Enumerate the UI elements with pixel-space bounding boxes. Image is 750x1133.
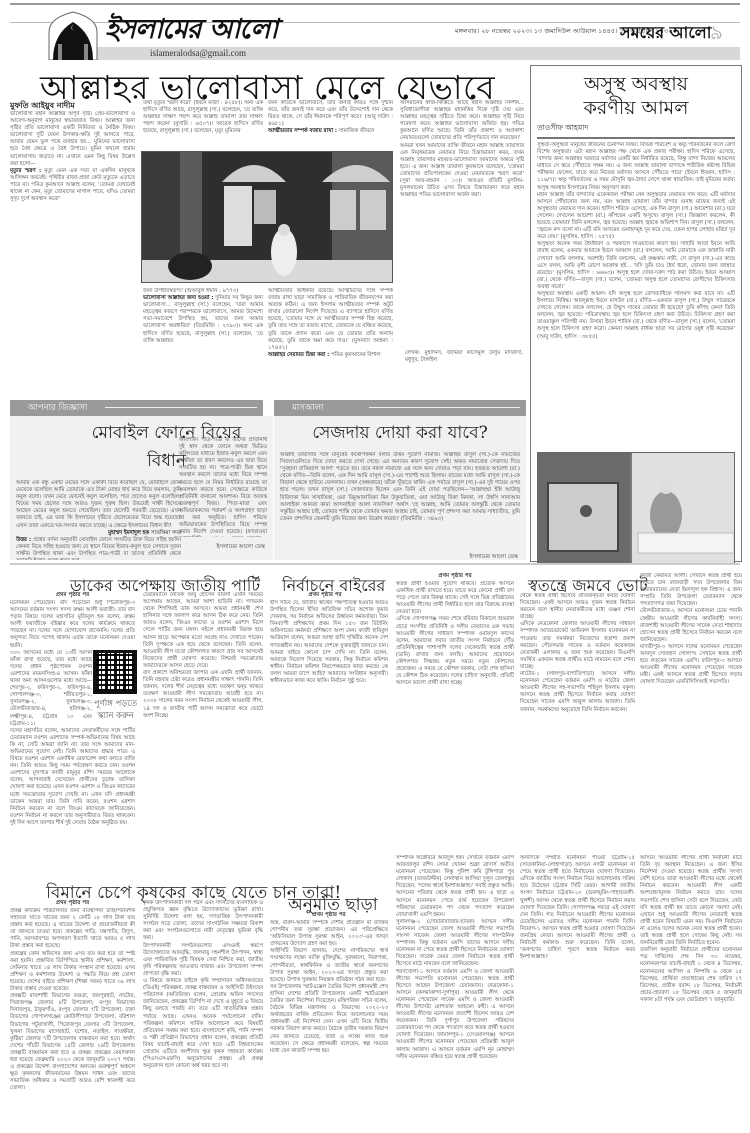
- plane-continued: প্রথম পৃষ্ঠার পর: [10, 900, 135, 908]
- masala-headline: সেজদায় দোয়া করা যাবে?: [274, 420, 526, 448]
- newspaper-brand: সময়ের আলো: [620, 20, 711, 47]
- page-number: ৯: [710, 18, 723, 51]
- masala-tab-label: মাসআলা: [274, 400, 526, 416]
- author-note: লেখক: মুহাদ্দিস, জামিয়া কাসেমুল উলুম মা…: [405, 350, 523, 368]
- without-permission-col4: আসনে আওয়ামী লীগের প্রার্থী নির্বাচনী মা…: [640, 855, 742, 1130]
- qr-scan-label: পূর্ণাঙ্গ পড়তে স্ক্যান করুন: [88, 698, 143, 722]
- without-permission-col1: অস্ত্র, বারুদ-আর্মার সম্পর্কে দেশীয় প্র…: [270, 920, 388, 1130]
- outside-col2-continued: প্রথম পৃষ্ঠার পর: [396, 573, 514, 581]
- lead-bottom-col2: আত্মীয়তার অধিকার রয়েছে। আত্মীয়দের সঙ্…: [268, 288, 393, 360]
- outside-col2: স্বতন্ত্র প্রার্থী হওয়ার সুযোগ থাকবে। প…: [396, 581, 514, 851]
- lead-col3-top: জন্য কাউকে ভালোবাসে, তাঁর জন্যই কারও সঙ্…: [268, 100, 393, 148]
- outside-col1: ইসি সচিব যে, জাতীয় স্বার্থের পক্ষপাতিত্…: [270, 600, 388, 850]
- lead-bottom-col1: জন্য উপহারস্বরূপ।' (শুআবুল ঈমান : ৯৭৭৩) …: [143, 288, 263, 360]
- hospital-patient-photo: [537, 452, 735, 564]
- qa-signature: ইসলামের আলো ডেস্ক: [180, 544, 265, 552]
- jatiya-col1: মনোনয়ন পেয়েছেন। বাদ পড়েছেন শুধু পিরোজ…: [10, 600, 135, 850]
- qr-code-icon[interactable]: [93, 650, 137, 694]
- sidebar-byline: তাওসীফ আহমাদ: [531, 120, 741, 137]
- independent-col1: থেকে স্বতন্ত্র প্রার্থী হিসেবে প্রতিদ্বন…: [520, 593, 635, 851]
- qa-tab-label: আপনার জিজ্ঞাসা: [10, 400, 263, 416]
- top-rule: [10, 3, 740, 5]
- qa-question: আমার এক বন্ধু একটি মেয়ের সঙ্গে একাকী বি…: [16, 480, 181, 560]
- plane-col1: প্রকল্প কার্যক্রম পরিচালনার জন্য ব্যবস্থ…: [10, 908, 135, 1130]
- mosque-dome-icon: [47, 10, 99, 60]
- sidebar-rule: [537, 137, 735, 139]
- lead-col4: আসমানের স্বজি-কিস্তিতে আছে মহান আল্লাহর …: [400, 100, 524, 348]
- lead-col1: ভালোবাসা মহান আল্লাহর অপূর্ব সৃষ্টি। প্র…: [10, 111, 135, 286]
- masala-signature: ইসলামের আলো ডেস্ক: [274, 554, 526, 560]
- sidebar-headline-2: করণীয় আমল: [531, 96, 741, 120]
- jatiya-continued: প্রথম পৃষ্ঠার পর: [10, 592, 135, 600]
- sidebar-headline-1: অসুস্থ অবস্থায়: [531, 72, 741, 96]
- mosque-prayer-photo: [141, 151, 393, 283]
- sidebar-body: সুস্থতা-অসুস্থতা মানুষের জীবনের চৈনন্দিন…: [531, 142, 741, 447]
- sidebar-article: অসুস্থ অবস্থায় করণীয় আমল তাওসীফ আহমাদ …: [530, 65, 742, 562]
- jatiya-col2: চেয়ারম্যানে নৈতিক আবু হোসেন বাবলা এখনি …: [143, 592, 263, 847]
- without-permission-col3: অন্যদিকে সম্প্রতি মনোনয়ন পাওয়া চট্টগ্র…: [520, 855, 635, 1130]
- masala-body: আল্লাহ তায়ালার সঙ্গে মানুষের কথোপকথন বল…: [274, 452, 526, 552]
- independent-col2: কাজী কেরামত আলী। সেখানে স্বতন্ত্র প্রার্…: [640, 573, 742, 851]
- qa-answer-cont: আবশ্যক। পাত্র-পাত্রী বা তাদের প্রতিনিধি …: [179, 437, 267, 537]
- masala-box: মাসআলা সেজদায় দোয়া করা যাবে? আল্লাহ তা…: [274, 400, 526, 560]
- lead-col2-top: তথা মৃত্যুর স্মরণ করো' (ইবনে মাজা : ৪২৫৮…: [143, 100, 263, 148]
- section-divider: [10, 563, 740, 565]
- without-permission-continued: প্রথম পৃষ্ঠার পর: [270, 912, 388, 920]
- outside-continued: প্রথম পৃষ্ঠার পর: [270, 592, 380, 600]
- section-email: islameralodsa@gmail.com: [150, 48, 246, 58]
- plane-col2: কৃষক উৎপাদনকারী দল গঠন এবং সদস্যদের ব্যব…: [143, 900, 263, 1130]
- without-permission-col2: সম্পাদক অক্টোবরে আবদুল হক। সেখানে বর্তমা…: [396, 855, 514, 1130]
